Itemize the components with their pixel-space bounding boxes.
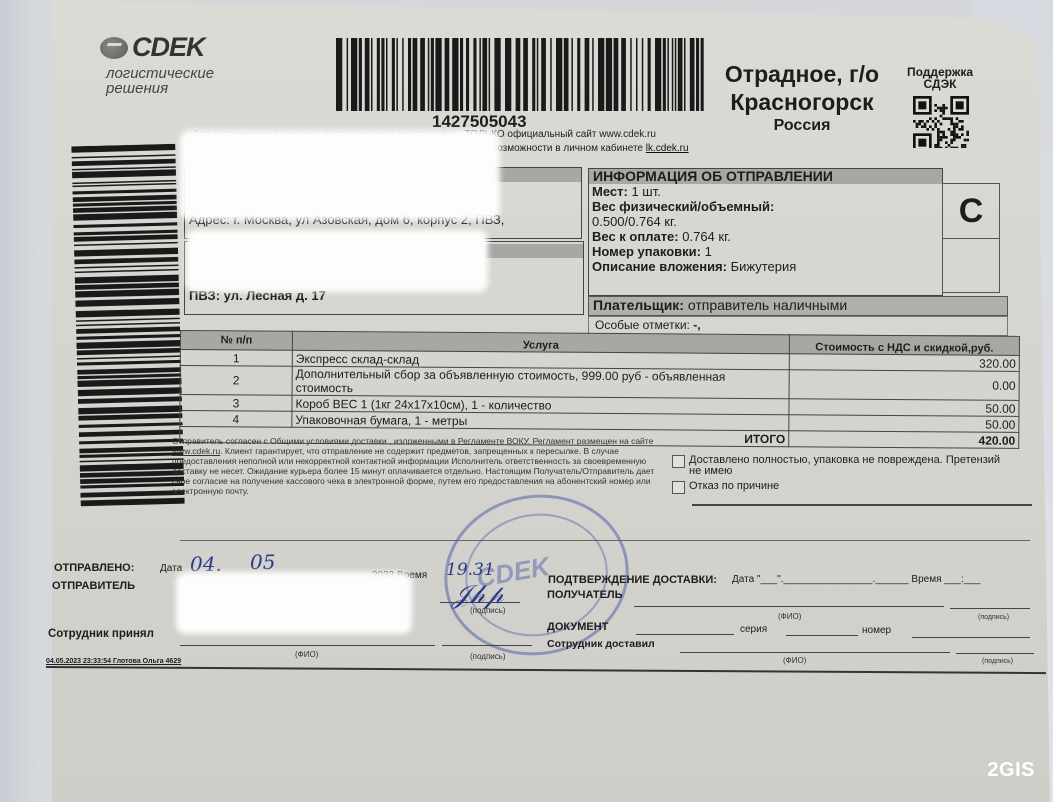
- courier-fio-caption: (ФИО): [783, 656, 806, 665]
- row-num: 1: [180, 350, 292, 367]
- payer-row: Плательщик: отправитель наличными: [588, 296, 1008, 316]
- employee-delivered-label: Сотрудник доставил: [547, 638, 655, 650]
- checkbox-delivered[interactable]: [672, 455, 685, 468]
- lk-cdek-link[interactable]: lk.cdek.ru: [646, 143, 689, 154]
- category-box: C: [942, 183, 1000, 293]
- checkbox-refused[interactable]: [672, 481, 685, 494]
- shipment-info-box: ИНФОРМАЦИЯ ОБ ОТПРАВЛЕНИИ Мест: 1 шт. Ве…: [588, 168, 943, 296]
- logo-brand: CDEK: [132, 32, 205, 63]
- refusal-reason-line: [692, 504, 1032, 506]
- logo-subtitle: логистические решения: [106, 66, 214, 96]
- terms-text: Отправитель согласен с Общими условиями …: [172, 436, 672, 496]
- terms-part1: Отправитель согласен с Общими условиями …: [172, 436, 653, 446]
- delivery-checks: Доставлено полностью, упаковка не повреж…: [672, 455, 1032, 506]
- shipment-info-title: ИНФОРМАЦИЯ ОБ ОТПРАВЛЕНИИ: [589, 169, 942, 184]
- row-num: 4: [180, 411, 292, 428]
- employee-fio-line: [180, 645, 435, 646]
- total-value: 420.00: [789, 431, 1019, 449]
- row-cost: 320.00: [789, 354, 1019, 372]
- content-value: Бижутерия: [731, 259, 797, 274]
- terms-part2: . Клиент гарантирует, что отправление не…: [172, 446, 654, 496]
- recipient-box-header: [485, 244, 583, 258]
- places-value: 1 шт.: [631, 184, 660, 199]
- document-type-line[interactable]: [636, 634, 734, 635]
- signature-scribble: 𝒥𝒽𝓅: [452, 580, 503, 611]
- courier-sign-caption: (подпись): [982, 658, 1013, 665]
- redacted-area: [176, 572, 412, 634]
- destination-country: Россия: [712, 116, 892, 136]
- weight-value: 0.500/0.764 кг.: [589, 214, 942, 229]
- recipient-sign-label: ПОЛУЧАТЕЛЬ: [547, 589, 623, 601]
- places-row: Мест: 1 шт.: [589, 184, 942, 199]
- pay-weight-value: 0.764 кг.: [682, 229, 731, 244]
- package-label: Номер упаковки:: [592, 244, 701, 259]
- places-label: Мест:: [592, 184, 628, 199]
- employee-accepted-label: Сотрудник принял: [48, 628, 154, 640]
- sent-date-label: Дата: [160, 563, 182, 574]
- sent-time: 19.31: [446, 560, 495, 580]
- row-num: 3: [180, 395, 292, 412]
- support-label: Поддержка СДЭК: [900, 66, 980, 90]
- row-cost: 50.00: [789, 399, 1019, 417]
- destination-line2: Красногорск: [712, 88, 892, 116]
- employee-sign-caption: (подпись): [470, 652, 506, 661]
- pay-weight-label: Вес к оплате:: [592, 229, 679, 244]
- category-letter: C: [943, 184, 999, 239]
- footer-timestamp: 04.05.2023 23:33:54 Глотова Ольга 4629: [46, 658, 181, 665]
- cdek-site-link[interactable]: www.cdek.ru: [172, 446, 220, 456]
- cdek-logo: CDEK: [100, 32, 205, 63]
- pay-weight-row: Вес к оплате: 0.764 кг.: [589, 229, 942, 244]
- check-refused-label: Отказ по причине: [689, 481, 779, 492]
- courier-fio-line[interactable]: [680, 652, 950, 653]
- payer-label: Плательщик:: [593, 297, 684, 313]
- check-delivered-label: Доставлено полностью, упаковка не повреж…: [689, 455, 1012, 477]
- side-barcode-icon: [71, 144, 184, 507]
- redacted-area: [180, 130, 500, 220]
- redacted-area: [186, 230, 488, 292]
- logo-subtitle-line1: логистические: [106, 66, 214, 81]
- recipient-fio-line[interactable]: [634, 606, 944, 607]
- employee-sign-line: [442, 645, 532, 646]
- number-line[interactable]: [912, 637, 1030, 638]
- special-marks-value: -,: [693, 318, 700, 332]
- barcode-icon: [336, 38, 708, 111]
- check-refused[interactable]: Отказ по причине: [672, 481, 1012, 494]
- qr-code-icon[interactable]: [913, 96, 969, 148]
- document-label: ДОКУМЕНТ: [547, 621, 608, 633]
- delivery-confirm-title: ПОДТВЕРЖДЕНИЕ ДОСТАВКИ:: [548, 574, 717, 586]
- recipient-sign-line[interactable]: [950, 608, 1030, 609]
- row-cost: 0.00: [789, 370, 1019, 401]
- package-row: Номер упаковки: 1: [589, 244, 942, 259]
- notice-line2: возможности в личном кабинете: [492, 143, 643, 154]
- check-delivered[interactable]: Доставлено полностью, упаковка не повреж…: [672, 455, 1012, 477]
- row-cost: 50.00: [789, 415, 1019, 433]
- delivery-date-field[interactable]: Дата "___".________________.______ Время…: [732, 574, 980, 585]
- recipient-fio-caption: (ФИО): [778, 612, 801, 621]
- payer-value: отправитель наличными: [688, 297, 847, 313]
- header-cost: Стоимость с НДС и скидкой,руб.: [789, 335, 1019, 356]
- recipient-sign-caption: (подпись): [978, 614, 1009, 621]
- content-label: Описание вложения:: [592, 259, 727, 274]
- package-value: 1: [705, 244, 712, 259]
- services-table: № п/п Услуга Стоимость с НДС и скидкой,р…: [179, 330, 1020, 449]
- courier-sign-line[interactable]: [956, 653, 1034, 654]
- series-line[interactable]: [786, 635, 858, 636]
- sent-label: ОТПРАВЛЕНО:: [54, 562, 134, 574]
- series-label: серия: [740, 624, 767, 635]
- sender-sign-label: ОТПРАВИТЕЛЬ: [52, 580, 135, 592]
- weight-label: Вес физический/объемный:: [592, 199, 774, 214]
- header-num: № п/п: [180, 331, 292, 351]
- logo-subtitle-line2: решения: [106, 81, 214, 96]
- number-label: номер: [862, 625, 891, 636]
- special-marks-label: Особые отметки:: [595, 318, 690, 332]
- content-row: Описание вложения: Бижутерия: [589, 259, 942, 274]
- weight-row: Вес физический/объемный:: [589, 199, 942, 214]
- sent-date-month: 05: [250, 550, 275, 574]
- destination: Отрадное, г/о Красногорск Россия: [712, 60, 892, 136]
- row-num: 2: [180, 366, 292, 396]
- destination-line1: Отрадное, г/о: [712, 60, 892, 88]
- row-service: Дополнительный сбор за объявленную стоим…: [292, 366, 789, 398]
- support-line2: СДЭК: [900, 78, 980, 90]
- watermark-2gis: 2GIS: [987, 759, 1035, 782]
- cdek-logo-icon: [100, 37, 128, 59]
- employee-fio-caption: (ФИО): [295, 650, 318, 659]
